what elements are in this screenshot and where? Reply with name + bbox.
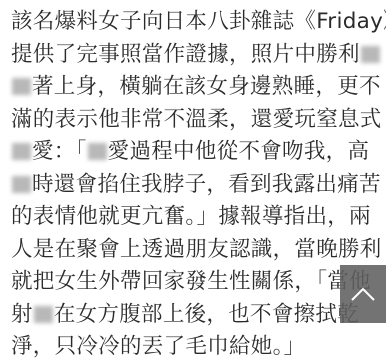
censored-blur — [12, 143, 31, 160]
text: 著上身，橫躺在該女身邊熟睡，更不 — [32, 74, 381, 99]
censored-blur — [88, 143, 107, 160]
scroll-to-top-button[interactable] — [340, 265, 386, 323]
text: 的表情他就更亢奮。」據報導指出，兩 — [11, 204, 371, 229]
text-line: 人是在聚會上透過朋友認識，當晚勝利 — [11, 234, 381, 267]
censored-blur — [34, 306, 53, 323]
text: 提供了完事照當作證據，照片中勝利 — [11, 42, 360, 67]
text-line: 愛：「愛過程中他從不會吻我，高 — [11, 136, 381, 169]
text-line: 時還會掐住我脖子，看到我露出痛苦 — [11, 169, 381, 202]
text-line: 該名爆料女子向日本八卦雜誌《Friday》 — [11, 6, 381, 39]
censored-blur — [12, 176, 31, 193]
text-line: 就把女生外帶回家發生性關係，「當他 — [11, 266, 381, 299]
text: 該名爆料女子向日本八卦雜誌《Friday》 — [11, 9, 386, 34]
text: 愛：「 — [32, 139, 87, 164]
text: 就把女生外帶回家發生性關係，「當他 — [11, 269, 371, 294]
text: 時還會掐住我脖子，看到我露出痛苦 — [32, 172, 381, 197]
text-line: 的表情他就更亢奮。」據報導指出，兩 — [11, 201, 381, 234]
text: 愛過程中他從不會吻我，高 — [108, 139, 370, 164]
article-body: 該名爆料女子向日本八卦雜誌《Friday》 提供了完事照當作證據，照片中勝利 著… — [11, 6, 381, 360]
text: 淨，只冷冷的丟了毛巾給她。」 — [11, 334, 305, 359]
text: 滿的表示他非常不溫柔，還愛玩窒息式 — [11, 107, 382, 132]
chevron-up-icon — [350, 286, 376, 302]
text: 在女方腹部上後，也不會擦拭乾 — [54, 302, 359, 327]
text: 射 — [11, 302, 33, 327]
text-line: 著上身，橫躺在該女身邊熟睡，更不 — [11, 71, 381, 104]
text: 人是在聚會上透過朋友認識，當晚勝利 — [11, 237, 382, 262]
text-line: 射在女方腹部上後，也不會擦拭乾 — [11, 299, 381, 332]
censored-blur — [12, 78, 31, 95]
censored-blur — [361, 46, 380, 63]
text-line: 提供了完事照當作證據，照片中勝利 — [11, 39, 381, 72]
text-line: 滿的表示他非常不溫柔，還愛玩窒息式 — [11, 104, 381, 137]
text-line: 淨，只冷冷的丟了毛巾給她。」 — [11, 331, 381, 360]
